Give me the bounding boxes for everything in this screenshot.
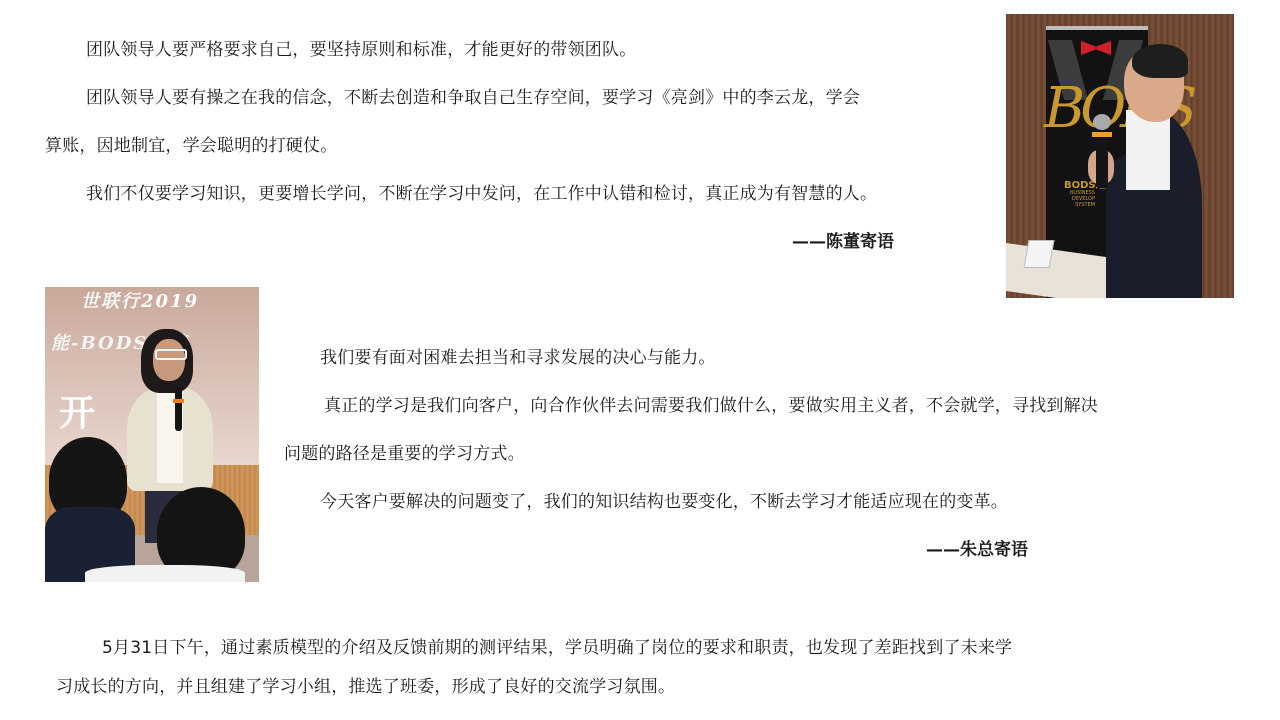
zhu-signature: ——朱总寄语 — [926, 540, 1028, 560]
bods-brand-subtext: BUSINESS DEVELOP SYSTEM — [1070, 190, 1095, 208]
chen-signature: ——陈董寄语 — [792, 232, 894, 252]
chen-paragraph-3: 我们不仅要学习知识，更要增长学问，不断在学习中发问，在工作中认错和检讨，真正成为… — [86, 184, 877, 204]
summary-line-1: 5月31日下午，通过素质模型的介绍及反馈前期的测评结果，学员明确了岗位的要求和职… — [102, 638, 1012, 658]
zhu-paragraph-3: 今天客户要解决的问题变了，我们的知识结构也要变化，不断去学习才能适应现在的变革。 — [320, 492, 1008, 512]
chen-speaker-photo: BODS BODS经 BUSINESS DEVELOP SYSTEM — [1006, 14, 1234, 298]
glasses-icon — [155, 349, 187, 360]
chen-paragraph-2-continued: 算账，因地制宜，学会聪明的打硬仗。 — [45, 136, 337, 156]
zhu-paragraph-2-continued: 问题的路径是重要的学习方式。 — [284, 444, 525, 464]
chen-paragraph-1: 团队领导人要严格要求自己，要坚持原则和标准，才能更好的带领团队。 — [86, 40, 636, 60]
chen-paragraph-2: 团队领导人要有操之在我的信念，不断去创造和争取自己生存空间，要学习《亮剑》中的李… — [86, 88, 860, 108]
zhu-paragraph-1: 我们要有面对困难去担当和寻求发展的决心与能力。 — [320, 348, 716, 368]
microphone-icon — [175, 387, 182, 431]
name-tent — [1024, 240, 1055, 268]
screen-title-line-1: 世联行2019 — [81, 287, 199, 313]
summary-line-2: 习成长的方向，并且组建了学习小组，推选了班委，形成了良好的交流学习氛围。 — [56, 677, 675, 697]
zhu-speaker-photo: 世联行2019 能-BODS经营 开典 — [45, 287, 259, 582]
zhu-paragraph-2: 真正的学习是我们向客户，向合作伙伴去问需要我们做什么，要做实用主义者，不会就学，… — [324, 396, 1098, 416]
